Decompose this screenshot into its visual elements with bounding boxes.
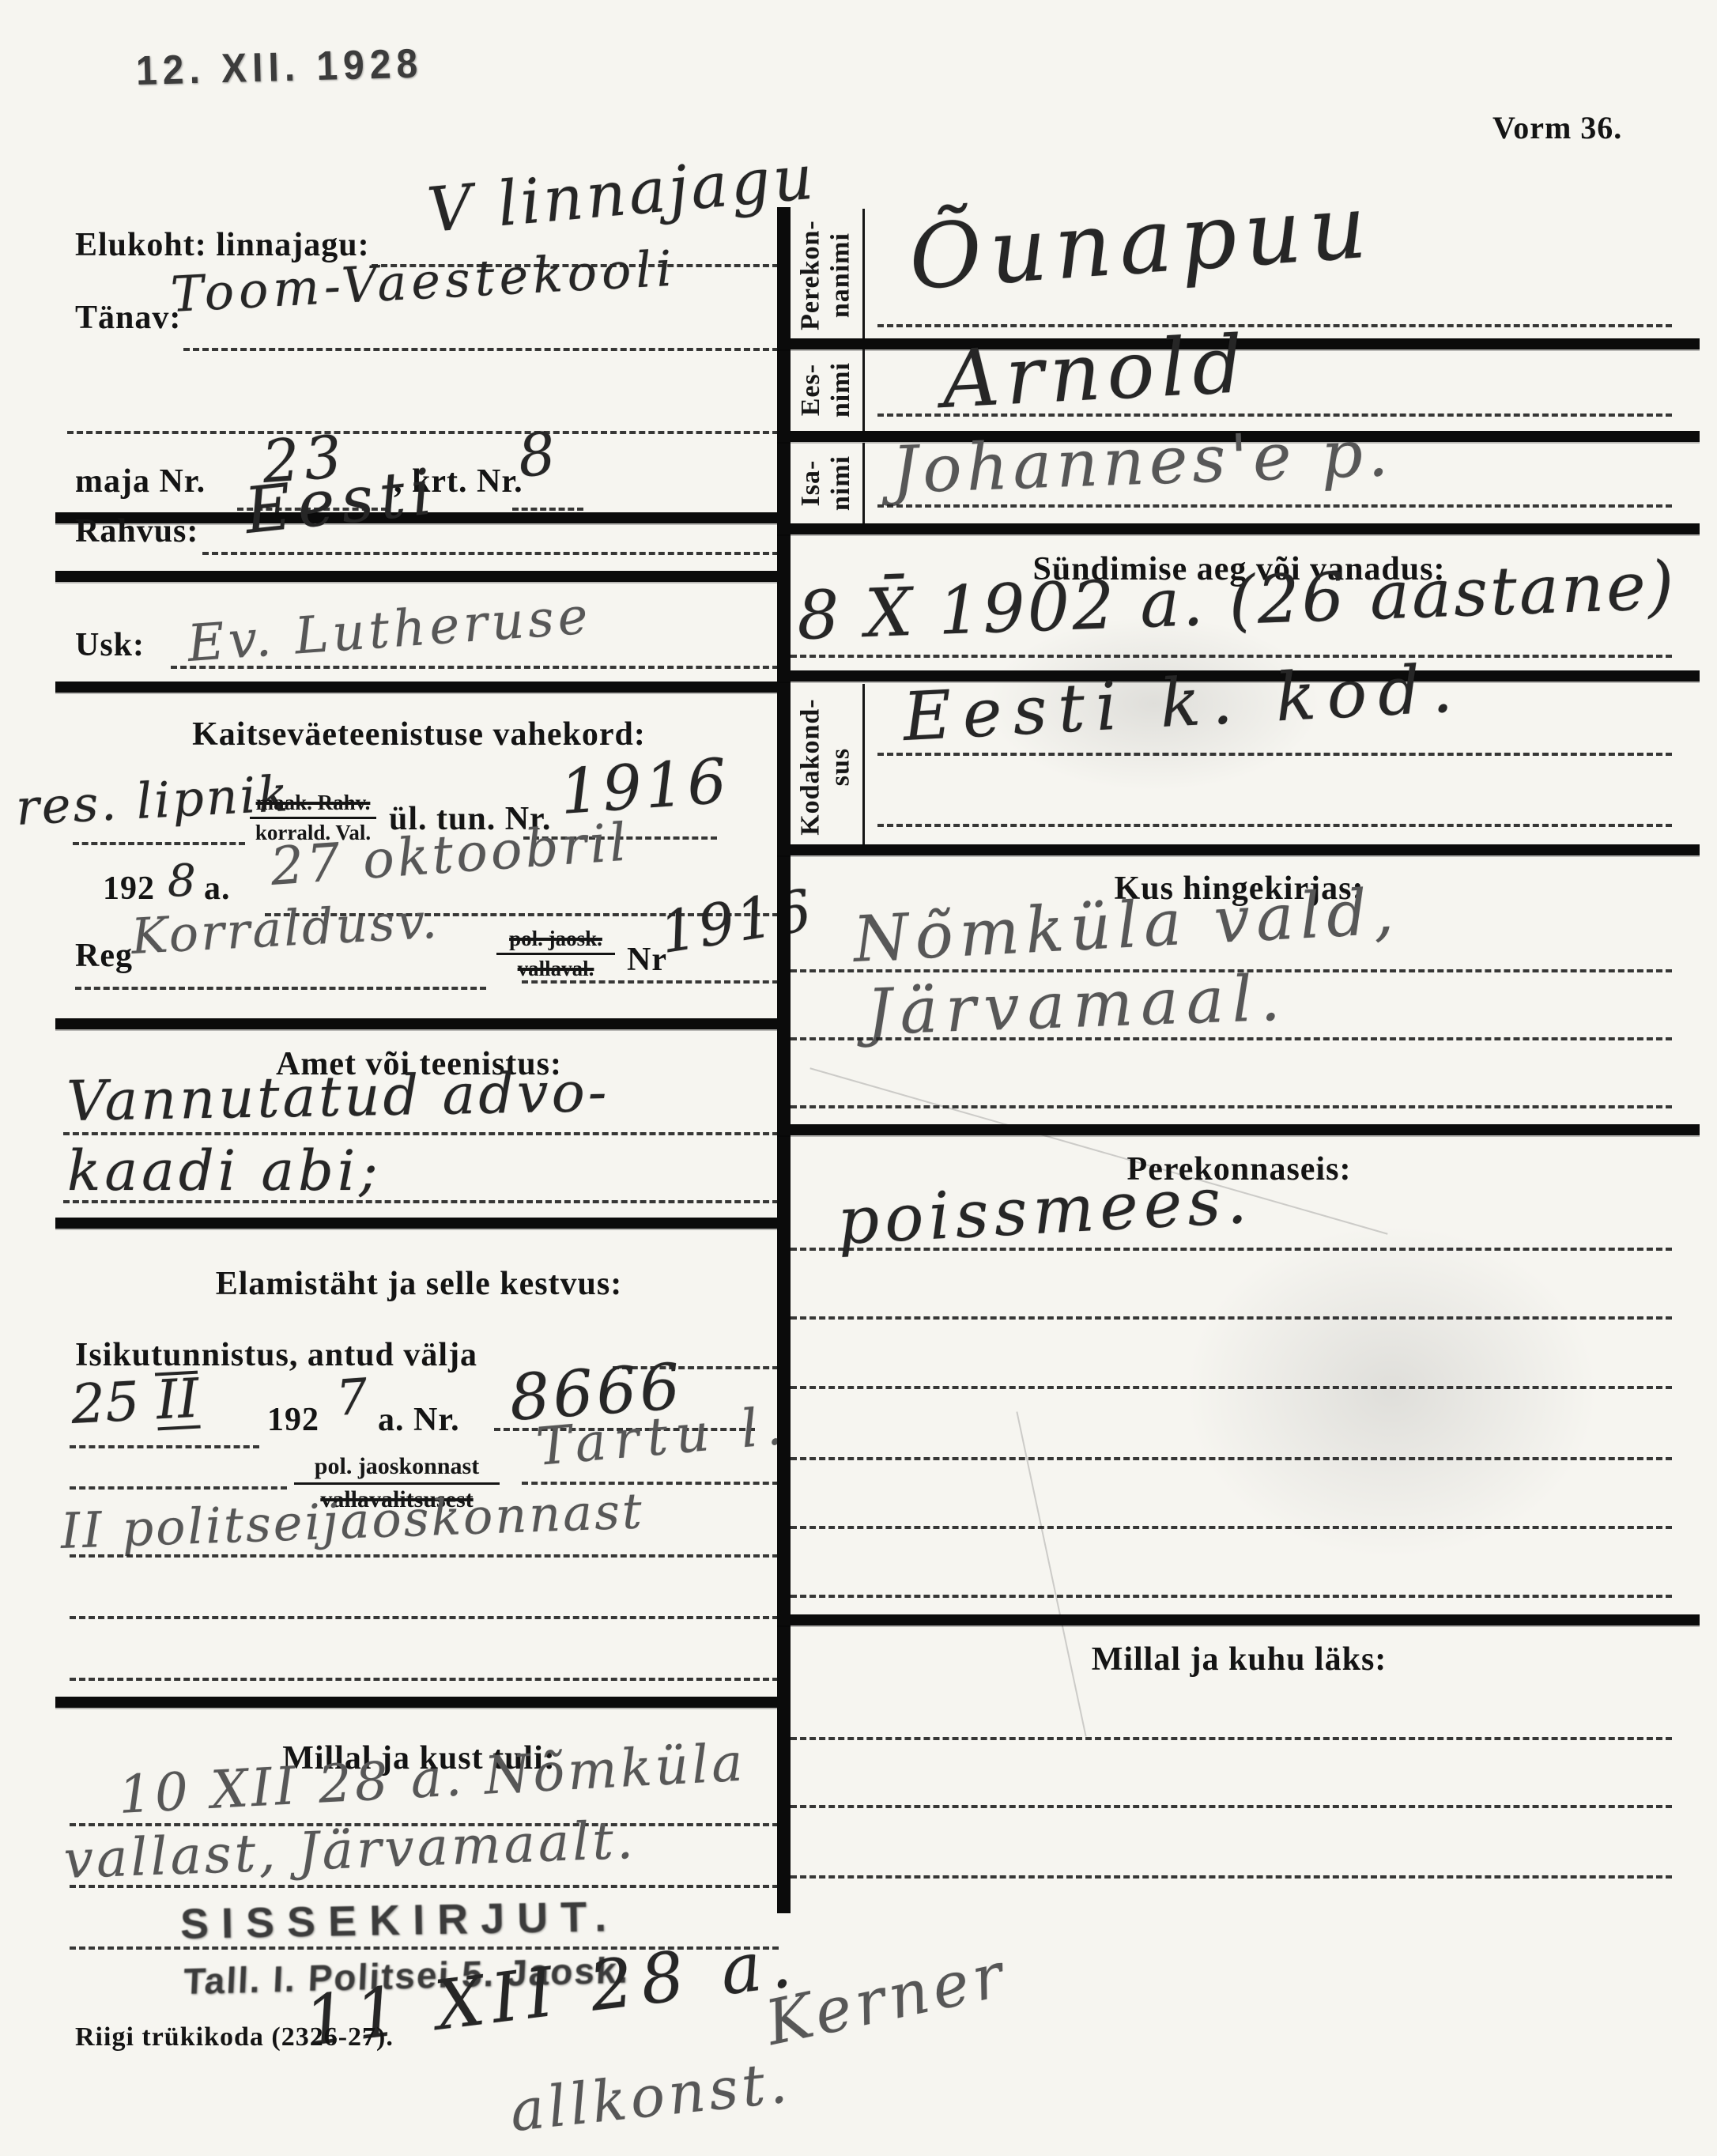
dashed-line — [791, 1386, 1672, 1389]
id-date-day-handwriting: 25 II — [70, 1368, 201, 1437]
dashed-line — [791, 1105, 1672, 1108]
dashed-line — [183, 348, 779, 351]
dashed-line — [791, 1595, 1672, 1598]
rule-bar — [55, 571, 781, 582]
apartment-number-value: 8 — [515, 420, 559, 491]
reg-nr-label: Nr — [627, 941, 667, 979]
rule-bar — [777, 844, 1700, 855]
dashed-line — [70, 1486, 287, 1490]
option-pol-jaoskonnast: pol. jaoskonnast — [294, 1453, 500, 1485]
option-vallaval: vallaval. — [496, 955, 615, 981]
dashed-line — [70, 1678, 779, 1681]
rule-bar — [777, 1124, 1700, 1135]
dashed-line — [791, 1875, 1672, 1878]
dashed-line — [877, 324, 1672, 327]
occupation-line1-handwriting: Vannutatud advo- — [66, 1059, 610, 1134]
house-number-label: maja Nr. — [75, 463, 206, 500]
id-card-label: Isikutunnistus, antud välja — [75, 1336, 477, 1374]
registry-line2-handwriting: Järvamaal. — [866, 961, 1289, 1049]
signature-handwriting: Kerner — [760, 1939, 1013, 2060]
date-received-stamp: 12. XII. 1928 — [135, 40, 424, 95]
residence-value-handwriting: V linnajagu — [425, 142, 819, 247]
permit-extra-line-handwriting: II politseijaoskonnast — [59, 1482, 645, 1560]
printer-imprint: Riigi trükikoda (2326-27). — [75, 2022, 394, 2052]
option-maak-rahv: maak. Rahv. — [250, 791, 376, 819]
dashed-line — [877, 753, 1672, 756]
paper-scratch — [1016, 1411, 1086, 1736]
surname-label: Perekon- nanimi — [796, 220, 856, 330]
dashed-line — [63, 1132, 779, 1135]
dashed-line — [522, 980, 779, 984]
dashed-line — [70, 1616, 779, 1619]
departure-heading: Millal ja kuhu läks: — [779, 1641, 1700, 1678]
dashed-line — [877, 504, 1672, 508]
street-label: Tänav: — [75, 299, 181, 337]
residence-permit-heading: Elamistäht ja selle kestvus: — [59, 1265, 779, 1303]
paper-stain — [1186, 1225, 1597, 1558]
firstname-value-handwriting: Arnold — [940, 318, 1251, 426]
dashed-line — [75, 987, 486, 990]
dashed-line — [70, 1445, 259, 1448]
reg-office-options: pol. jaosk. vallaval. — [496, 927, 615, 981]
signature-title-handwriting: allkonst. — [507, 2048, 794, 2144]
id-year-digit-handwriting: 7 — [334, 1367, 369, 1427]
military-year-digit-handwriting: 8 — [168, 855, 196, 907]
reg-label: Reg — [75, 937, 133, 975]
option-pol-jaosk: pol. jaosk. — [496, 927, 615, 955]
military-year-printed: 192 — [103, 870, 155, 908]
rule-bar — [777, 523, 1700, 534]
dashed-line — [791, 655, 1672, 658]
registered-stamp: SISSEKIRJUT. — [180, 1892, 620, 1949]
label-divider-line — [862, 684, 865, 848]
nationality-label: Rahvus: — [75, 512, 198, 550]
dashed-line — [63, 1200, 779, 1203]
dashed-line — [67, 431, 779, 434]
label-divider-line — [862, 209, 865, 340]
dashed-line — [791, 1805, 1672, 1808]
dashed-line — [791, 1248, 1672, 1251]
dashed-line — [791, 1316, 1672, 1320]
dashed-line — [70, 1885, 779, 1888]
rule-bar — [777, 1614, 1700, 1625]
citizenship-label: Kodakond- sus — [796, 699, 856, 836]
firstname-label: Ees- nimi — [796, 362, 856, 417]
rule-bar — [55, 1218, 781, 1229]
dashed-line — [791, 1037, 1672, 1040]
id-year-printed: 192 — [267, 1401, 319, 1439]
military-service-heading: Kaitseväeteenistuse vahekord: — [59, 716, 779, 753]
dashed-line — [512, 508, 583, 511]
label-divider-line — [862, 443, 865, 524]
dashed-line — [877, 824, 1672, 827]
dashed-line — [791, 1526, 1672, 1529]
patronymic-value-handwriting: Johannes'e p. — [891, 416, 1394, 508]
dashed-line — [202, 552, 779, 555]
dashed-line — [70, 1554, 779, 1558]
religion-value-handwriting: Ev. Lutheruse — [186, 587, 594, 674]
patronymic-label: Isa- nimi — [796, 455, 856, 511]
dashed-line — [791, 1737, 1672, 1740]
label-divider-line — [862, 349, 865, 431]
rule-bar — [55, 1018, 781, 1029]
form-number: Vorm 36. — [1492, 109, 1622, 146]
dashed-line — [877, 413, 1672, 417]
rule-bar — [55, 682, 781, 693]
occupation-line2-handwriting: kaadi abi; — [67, 1138, 382, 1203]
citizenship-value-handwriting: Eesti k. kod. — [901, 649, 1466, 756]
rule-bar — [55, 1697, 781, 1708]
dashed-line — [73, 842, 245, 845]
surname-value-handwriting: Õunapuu — [906, 175, 1377, 310]
id-nr-label: a. Nr. — [378, 1401, 460, 1439]
registration-card-scan: 12. XII. 1928 Vorm 36. Elukoht: linnajag… — [0, 0, 1717, 2156]
dashed-line — [791, 1457, 1672, 1460]
id-date-month: II — [155, 1371, 200, 1430]
religion-label: Usk: — [75, 626, 145, 664]
